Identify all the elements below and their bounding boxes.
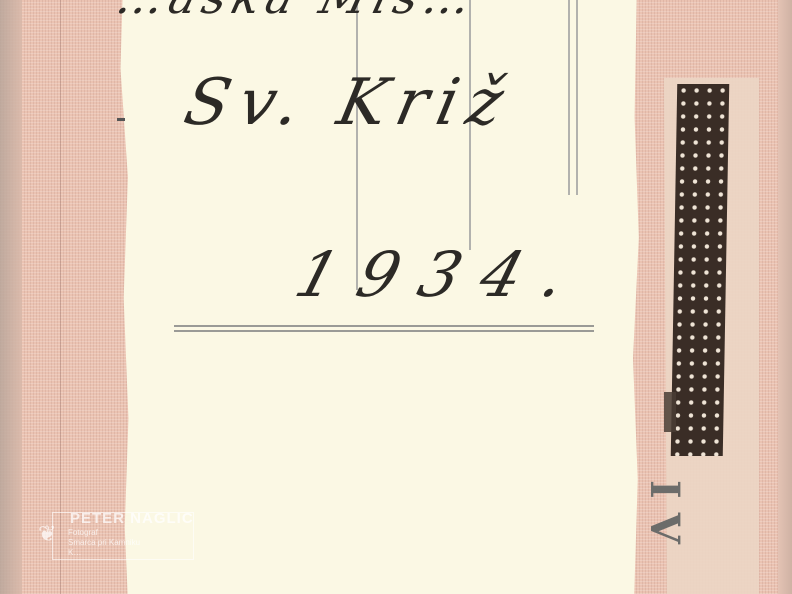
handwriting-line-1: …aška Mis… [111, 0, 483, 24]
perforated-strip [671, 84, 729, 456]
cloth-left-edge [0, 0, 22, 594]
handwriting-year: 1934. [288, 238, 596, 311]
handwriting-line-2: Sv. Križ [178, 66, 519, 140]
watermark-subtitle: Fotograf Smarca pri Kamniku K… [68, 528, 140, 558]
photographer-watermark: ❦ PETER NAGLIC Fotograf Smarca pri Kamni… [38, 500, 218, 570]
ruling-line-vertical [576, 0, 578, 195]
pencil-mark [117, 118, 125, 121]
stamp-fragment [664, 392, 676, 432]
stamp-text: IV [641, 480, 688, 558]
watermark-name: PETER NAGLIC [70, 510, 194, 527]
ornament-icon: ❦ [38, 506, 56, 562]
double-underline-top [174, 325, 594, 327]
cloth-right-edge [778, 0, 792, 594]
ruling-line-vertical [568, 0, 570, 195]
double-underline-bottom [174, 330, 594, 332]
